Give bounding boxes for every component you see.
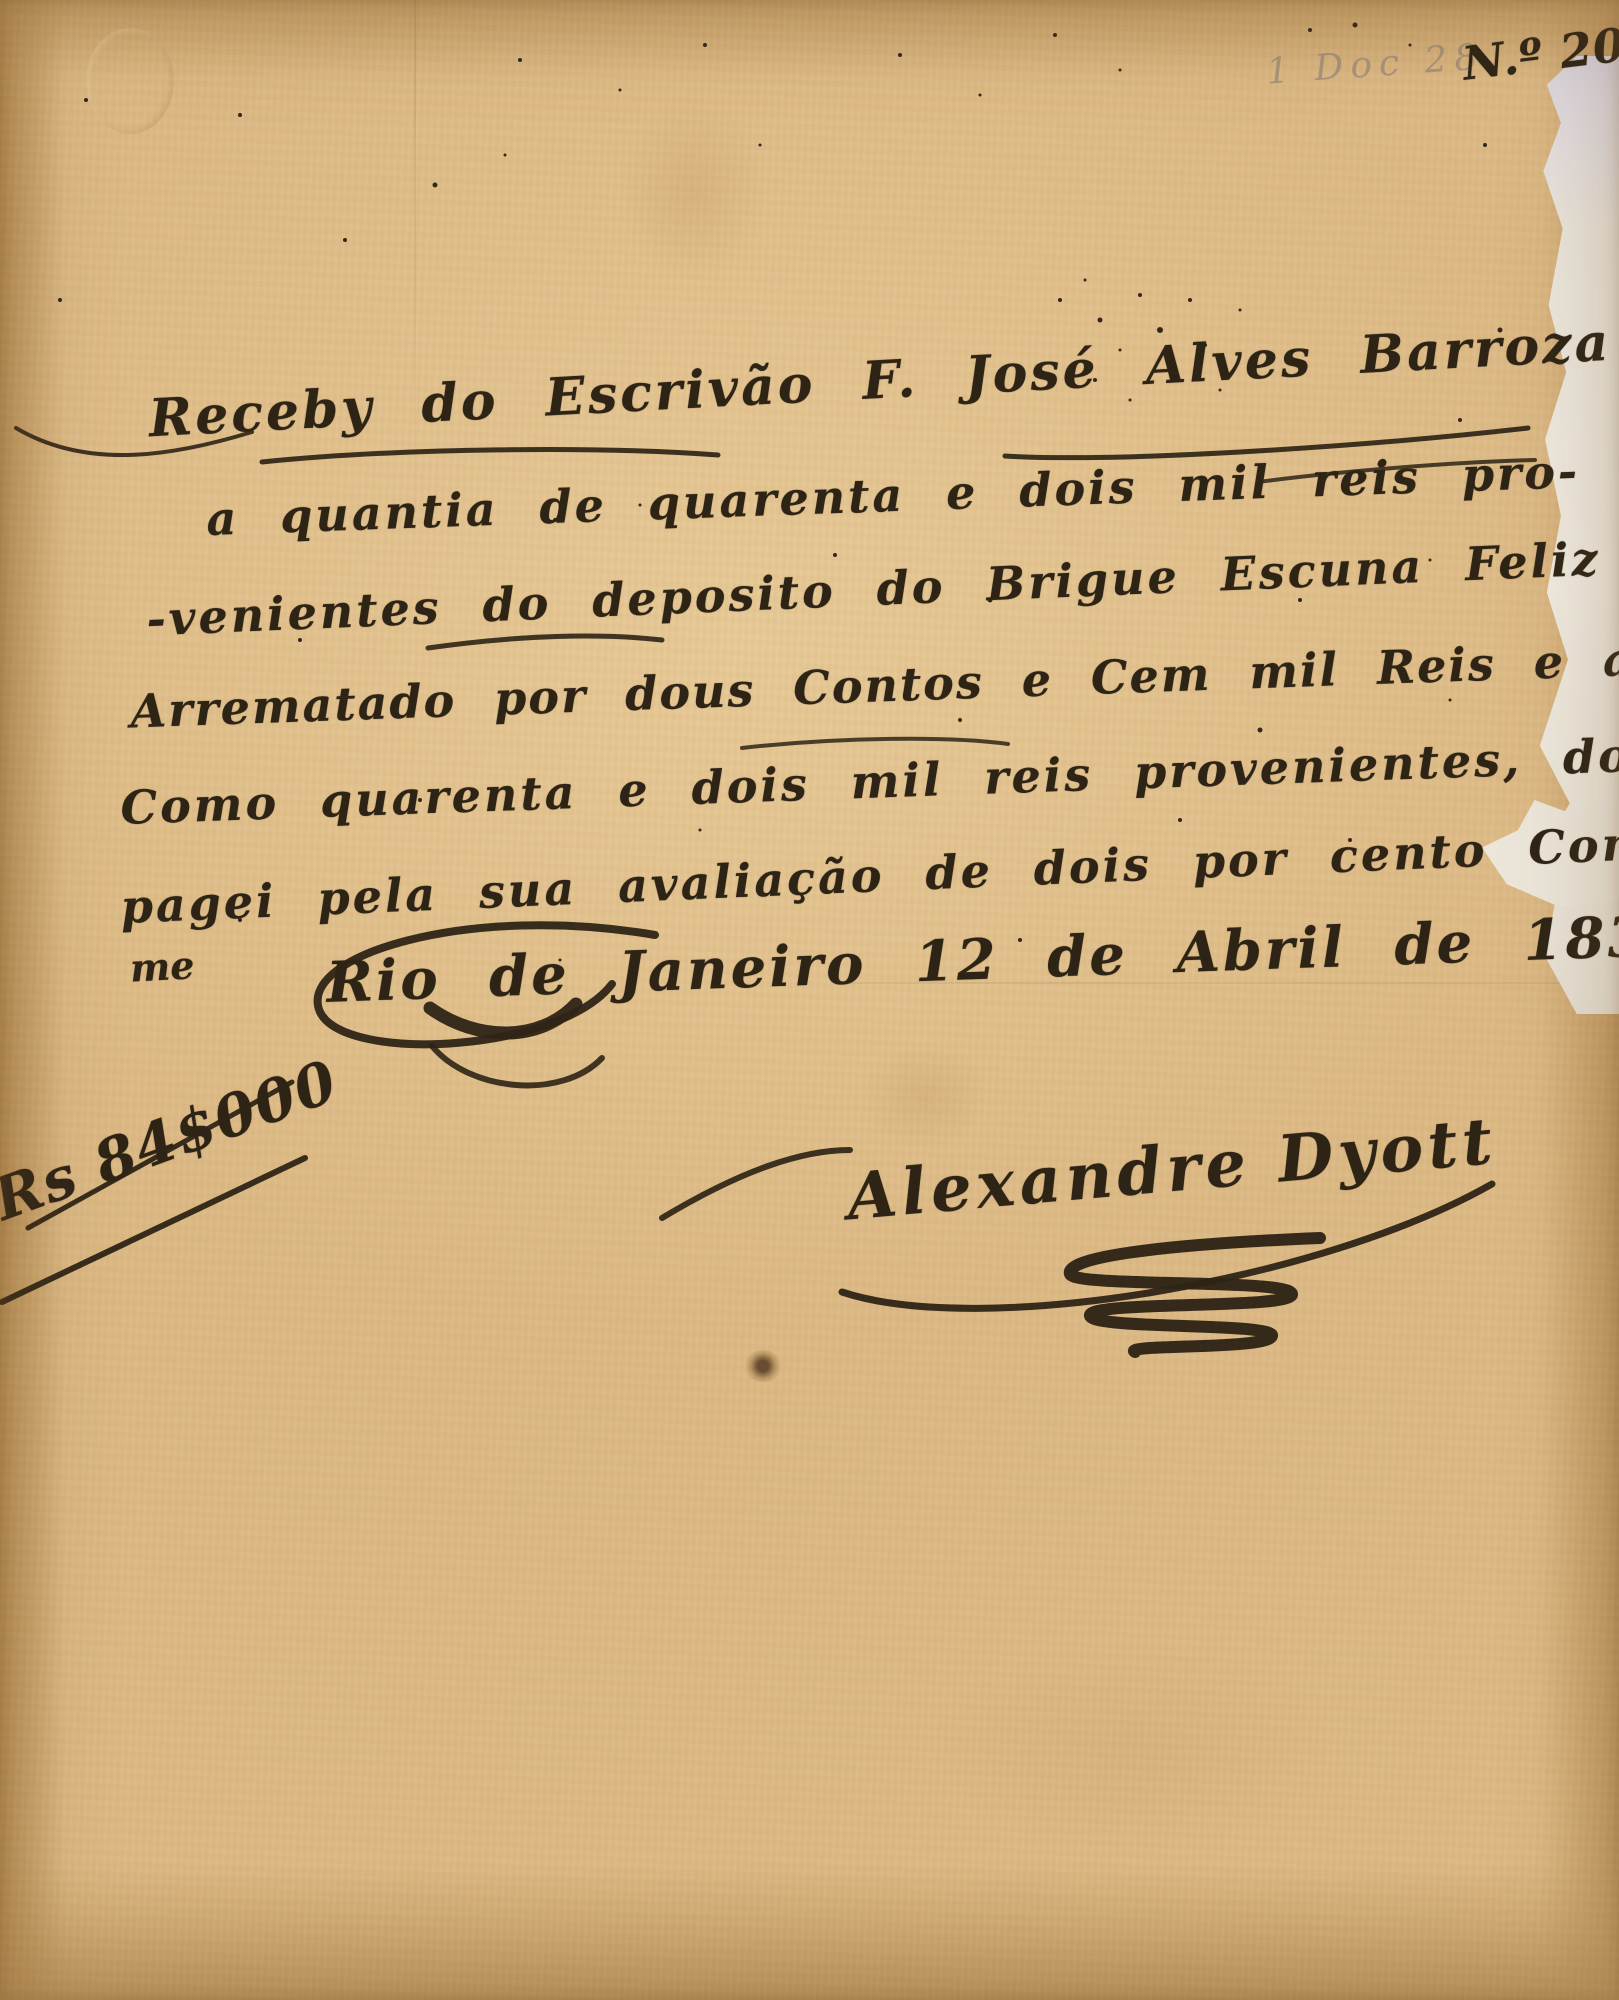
manuscript-line: me xyxy=(129,942,196,990)
scanned-document-page: 1 Doc 28 N.º 20. Receby do Escrivão F. J… xyxy=(0,0,1619,2000)
ink-flourishes-and-speckles xyxy=(0,0,1619,2000)
